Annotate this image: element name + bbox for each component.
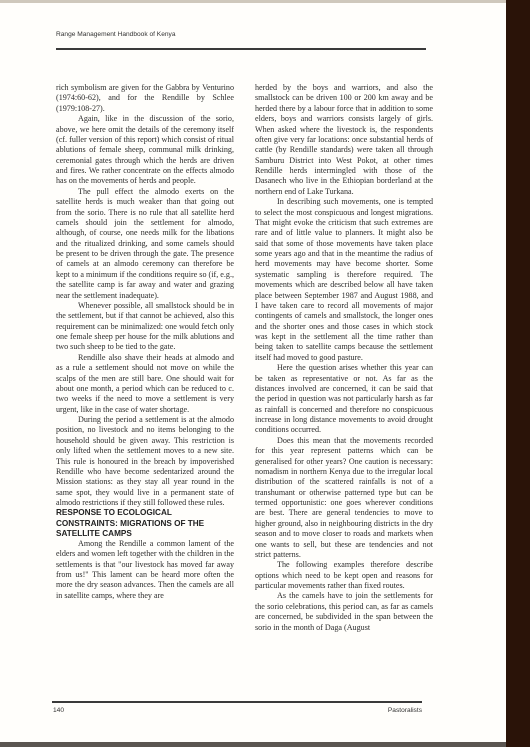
paragraph: In describing such movements, one is tem… [255,197,433,363]
scan-bottom-edge [0,742,506,747]
section-heading: RESPONSE TO ECOLOGICAL CONSTRAINTS: MIGR… [56,508,234,539]
paragraph: Whenever possible, all smallstock should… [56,301,234,353]
header-rule [56,48,426,50]
paragraph: As the camels have to join the settlemen… [255,591,433,633]
left-column: rich symbolism are given for the Gabbra … [56,83,234,601]
paragraph: Here the question arises whether this ye… [255,363,433,436]
footer-rule [52,701,422,703]
paragraph: The pull effect the almodo exerts on the… [56,187,234,301]
paragraph: Rendille also shave their heads at almod… [56,353,234,415]
running-head: Range Management Handbook of Kenya [56,31,176,38]
paragraph: During the period a settlement is at the… [56,415,234,508]
paragraph: rich symbolism are given for the Gabbra … [56,83,234,114]
section-name: Pastoralists [388,707,422,714]
paragraph: Does this mean that the movements record… [255,436,433,561]
paragraph: The following examples therefore describ… [255,560,433,591]
page-number: 140 [53,707,64,714]
paragraph: Again, like in the discussion of the sor… [56,114,234,187]
paragraph: herded by the boys and warriors, and als… [255,83,433,197]
paragraph: Among the Rendille a common lament of th… [56,539,234,601]
book-spine-shadow [506,0,530,747]
right-column: herded by the boys and warriors, and als… [255,83,433,633]
